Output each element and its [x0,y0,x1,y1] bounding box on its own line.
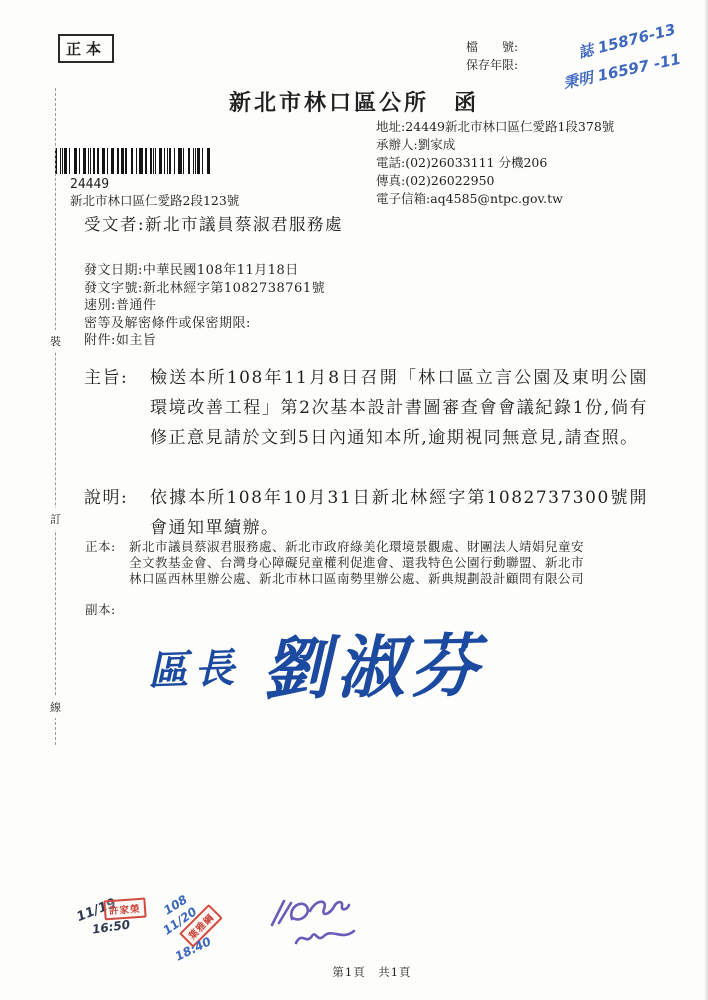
file-number-block: 檔 號: 保存年限: [466,38,518,74]
original-copies-text: 新北市議員蔡淑君服務處、新北市政府綠美化環境景觀處、財團法人靖娟兒童安全文教基金… [129,539,584,587]
description-text: 依據本所108年10月31日新北林經字第1082737300號開會通知單續辦。 [150,483,648,543]
original-copies-label: 正本: [85,539,129,587]
binding-mark-ding: 訂 [48,508,63,530]
subject-label: 主旨: [84,363,150,453]
recipient-zip: 24449 [70,177,109,192]
mailing-barcode [55,148,210,174]
scribble-signature-icon [262,893,372,967]
secrecy-class: 密等及解密條件或保密期限: [84,315,325,333]
speed-class: 速別:普通件 [84,297,325,315]
document-title: 新北市林口區公所 函 [0,86,708,117]
sender-email: 電子信箱:aq4585@ntpc.gov.tw [376,190,614,208]
issue-date: 發文日期:中華民國108年11月18日 [84,262,325,280]
sender-fax: 傳真:(02)26022950 [376,172,614,190]
original-copies-block: 正本: 新北市議員蔡淑君服務處、新北市政府綠美化環境景觀處、財團法人靖娟兒童安全… [85,539,584,587]
description-label: 說明: [84,483,150,543]
sender-phone: 電話:(02)26033111 分機206 [376,154,614,172]
copy-type-label: 正本 [58,34,114,63]
retention-label: 保存年限: [466,56,518,74]
scan-edge-shadow [704,0,708,1000]
attachment-note: 附件:如主旨 [84,332,325,350]
binding-mark-zhuang: 裝 [48,330,63,352]
page-footer: 第1頁 共1頁 [0,964,708,980]
subject-text: 檢送本所108年11月8日召開「林口區立言公園及東明公園環境改善工程」第2次基本… [150,363,648,453]
binding-dashed-line [55,88,56,745]
recipient-address: 新北市林口區仁愛路2段123號 [70,191,239,209]
sender-contact-person: 承辦人:劉家成 [376,136,614,154]
subject-block: 主旨: 檢送本所108年11月8日召開「林口區立言公園及東明公園環境改善工程」第… [84,363,648,453]
document-meta-block: 發文日期:中華民國108年11月18日 發文字號:新北林經字第108273876… [84,262,325,350]
sender-info-block: 地址:24449新北市林口區仁愛路1段378號 承辦人:劉家成 電話:(02)2… [376,118,614,208]
description-block: 說明: 依據本所108年10月31日新北林經字第1082737300號開會通知單… [84,483,648,543]
received-time-left: 16:50 [91,917,131,936]
scanned-official-letter: 正本 檔 號: 保存年限: 誌 15876-13 秉明 16597 -11 新北… [0,0,708,1000]
cc-label: 副本: [85,600,116,618]
sender-address: 地址:24449新北市林口區仁愛路1段378號 [376,118,614,136]
signature-title: 區長 [147,636,241,696]
signature-name: 劉淑芬 [261,612,485,713]
binding-mark-xian: 線 [48,696,63,718]
document-number: 發文字號:新北林經字第1082738761號 [84,280,325,298]
recipient-line: 受文者:新北市議員蔡淑君服務處 [84,211,343,235]
file-no-label: 檔 號: [466,38,518,56]
